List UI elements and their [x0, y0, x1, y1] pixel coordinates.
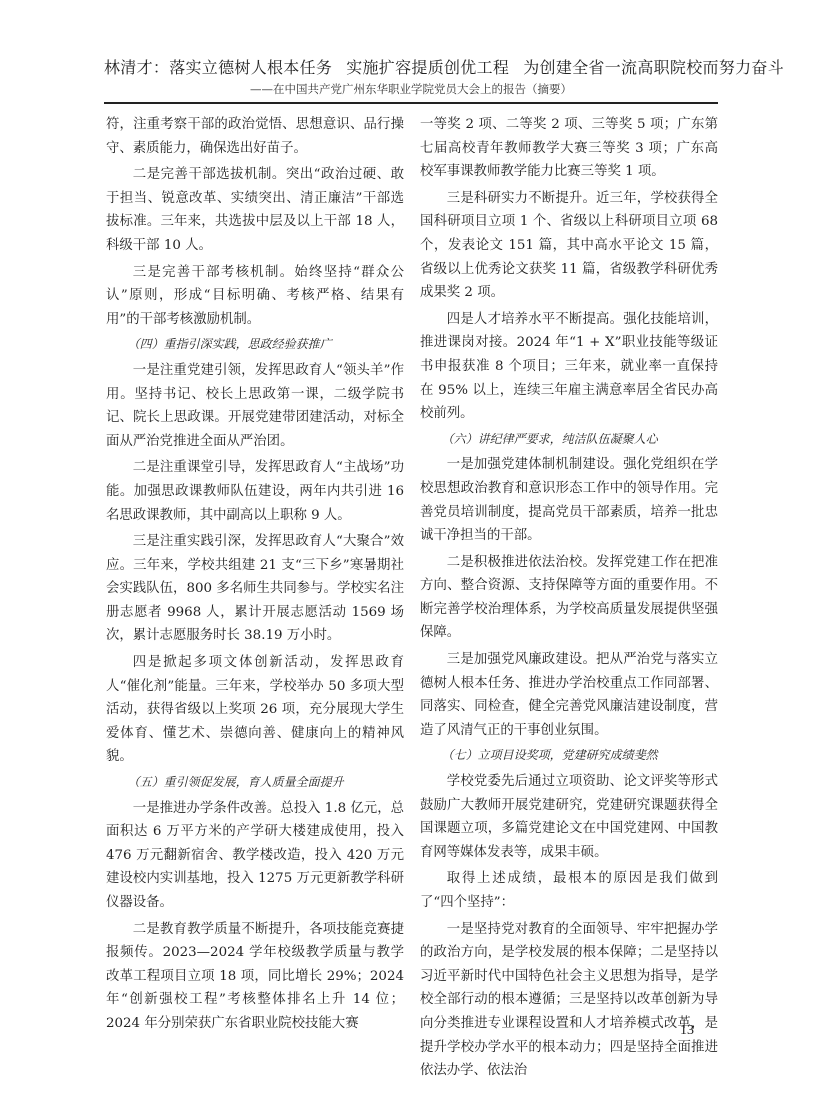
- title-part-2: 实施扩容提质创优工程: [346, 58, 509, 77]
- left-column: 符，注重考察干部的政治觉悟、思想意识、品行操守、素质能力，确保选出好苗子。 二是…: [106, 113, 404, 1036]
- paragraph: 一是推进办学条件改善。总投入 1.8 亿元，总面积达 6 万平方米的产学研大楼建…: [106, 797, 404, 915]
- paragraph: 二是注重课堂引导，发挥思政育人“主战场”功能。加强思政课教师队伍建设，两年内共引…: [106, 456, 404, 527]
- paragraph: 三是加强党风廉政建设。把从严治党与落实立德树人根本任务、推进办学治校重点工作同部…: [420, 648, 718, 742]
- section-heading: （四）重指引深实践，思政经验获推广: [106, 333, 404, 357]
- title-part-1: 林清才：落实立德树人根本任务: [104, 58, 332, 77]
- paragraph: 一是注重党建引领，发挥思政育人“领头羊”作用。坚持书记、校长上思政第一课，二级学…: [106, 359, 404, 453]
- section-heading: （五）重引领促发展，育人质量全面提升: [106, 771, 404, 795]
- paragraph: 一是坚持党对教育的全面领导、牢牢把握办学的政治方向，是学校发展的根本保障；二是坚…: [420, 918, 718, 1083]
- article-subtitle: ——在中国共产党广州东华职业学院党员大会上的报告（摘要）: [104, 80, 718, 98]
- paragraph: 三是完善干部考核机制。始终坚持“群众公认”原则，形成“目标明确、考核严格、结果有…: [106, 261, 404, 332]
- section-heading: （七）立项目设奖项，党建研究成绩斐然: [420, 744, 718, 768]
- paragraph: 符，注重考察干部的政治觉悟、思想意识、品行操守、素质能力，确保选出好苗子。: [106, 113, 404, 160]
- paragraph: 一等奖 2 项、二等奖 2 项、三等奖 5 项；广东第七届高校青年教师教学大赛三…: [420, 113, 718, 184]
- paragraph: 三是注重实践引深，发挥思政育人“大聚合”效应。三年来，学校共组建 21 支“三下…: [106, 530, 404, 648]
- paragraph: 四是掀起多项文体创新活动，发挥思政育人“催化剂”能量。三年来，学校举办 50 多…: [106, 651, 404, 769]
- paragraph: 一是加强党建体制机制建设。强化党组织在学校思想政治教育和意识形态工作中的领导作用…: [420, 453, 718, 547]
- paragraph: 取得上述成绩，最根本的原因是我们做到了“四个坚持”：: [420, 867, 718, 914]
- paragraph: 二是完善干部选拔机制。突出“政治过硬、敢于担当、锐意改革、实绩突出、清正廉洁”干…: [106, 163, 404, 257]
- article-header: 林清才：落实立德树人根本任务实施扩容提质创优工程为创建全省一流高职院校而努力奋斗…: [104, 57, 718, 98]
- paragraph: 三是科研实力不断提升。近三年，学校获得全国科研项目立项 1 个、省级以上科研项目…: [420, 187, 718, 305]
- paragraph: 四是人才培养水平不断提高。强化技能培训，推进课岗对接。2024 年“1 + X”…: [420, 308, 718, 426]
- paragraph: 二是积极推进依法治校。发挥党建工作在把准方向、整合资源、支持保障等方面的重要作用…: [420, 551, 718, 645]
- right-column: 一等奖 2 项、二等奖 2 项、三等奖 5 项；广东第七届高校青年教师教学大赛三…: [420, 113, 718, 1083]
- section-heading: （六）讲纪律严要求，纯洁队伍凝聚人心: [420, 428, 718, 452]
- paragraph: 学校党委先后通过立项资助、论文评奖等形式鼓励广大教师开展党建研究，党建研究课题获…: [420, 770, 718, 864]
- title-part-3: 为创建全省一流高职院校而努力奋斗: [523, 58, 784, 77]
- header-divider: [104, 102, 718, 104]
- article-title: 林清才：落实立德树人根本任务实施扩容提质创优工程为创建全省一流高职院校而努力奋斗: [104, 57, 718, 79]
- paragraph: 二是教育教学质量不断提升，各项技能竞赛捷报频传。2023—2024 学年校级教学…: [106, 918, 404, 1036]
- page-number: 13: [680, 1023, 694, 1039]
